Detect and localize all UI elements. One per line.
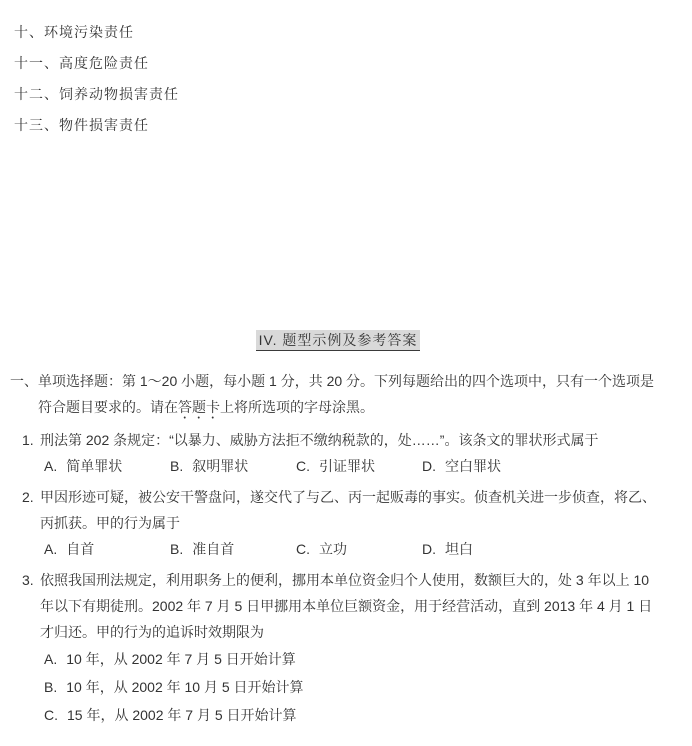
- option-label: A.: [44, 645, 57, 673]
- outline-item: 十二、饲养动物损害责任: [14, 86, 666, 102]
- option-a: A.自首: [44, 536, 170, 562]
- section-break-whitespace: [10, 148, 666, 330]
- instructions-text: 单项选择题：第 1～20 小题，每小题 1 分，共 20 分。下列每题给出的四个…: [38, 368, 666, 422]
- instructions-emphasized: 答题卡: [178, 399, 220, 415]
- option-text: 15 年，从 2002 年 7 月 5 日开始计算: [67, 707, 297, 723]
- option-label: B.: [44, 673, 57, 701]
- question-body: 依照我国刑法规定，利用职务上的便利，挪用本单位资金归个人使用，数额巨大的，处 3…: [40, 567, 666, 729]
- question-number: 3.: [22, 567, 40, 729]
- option-b: B.叙明罪状: [170, 453, 296, 479]
- option-text: 立功: [319, 541, 347, 557]
- option-text: 准自首: [192, 541, 234, 557]
- option-text: 空白罪状: [445, 458, 501, 474]
- outline-item: 十、环境污染责任: [14, 24, 666, 40]
- option-c: C.引证罪状: [296, 453, 422, 479]
- question-body: 刑法第 202 条规定：“以暴力、威胁方法拒不缴纳税款的，处……”。该条文的罪状…: [40, 427, 666, 479]
- option-text: 坦白: [445, 541, 473, 557]
- option-label: D.: [422, 453, 436, 479]
- question-text: 甲因形迹可疑，被公安干警盘问，遂交代了与乙、丙一起贩毒的事实。侦查机关进一步侦查…: [40, 484, 666, 536]
- question-number: 2.: [22, 484, 40, 562]
- option-b: B.10 年，从 2002 年 10 月 5 日开始计算: [44, 673, 666, 701]
- options-row: A.简单罪状B.叙明罪状C.引证罪状D.空白罪状: [44, 453, 666, 479]
- section-heading: IV. 题型示例及参考答案: [256, 330, 421, 351]
- option-label: D.: [422, 536, 436, 562]
- document-page: 十、环境污染责任 十一、高度危险责任 十二、饲养动物损害责任 十三、物件损害责任…: [0, 0, 692, 746]
- question-1: 1. 刑法第 202 条规定：“以暴力、威胁方法拒不缴纳税款的，处……”。该条文…: [22, 427, 666, 479]
- outline-list: 十、环境污染责任 十一、高度危险责任 十二、饲养动物损害责任 十三、物件损害责任: [10, 24, 666, 133]
- outline-item: 十三、物件损害责任: [14, 117, 666, 133]
- option-b: B.准自首: [170, 536, 296, 562]
- options-row: A.自首B.准自首C.立功D.坦白: [44, 536, 666, 562]
- option-text: 10 年，从 2002 年 10 月 5 日开始计算: [66, 679, 303, 695]
- question-3: 3. 依照我国刑法规定，利用职务上的便利，挪用本单位资金归个人使用，数额巨大的，…: [22, 567, 666, 729]
- option-label: A.: [44, 536, 57, 562]
- option-text: 自首: [66, 541, 94, 557]
- option-label: C.: [44, 701, 58, 729]
- options-list: A.10 年，从 2002 年 7 月 5 日开始计算 B.10 年，从 200…: [44, 645, 666, 729]
- question-text: 刑法第 202 条规定：“以暴力、威胁方法拒不缴纳税款的，处……”。该条文的罪状…: [40, 427, 666, 453]
- question-2: 2. 甲因形迹可疑，被公安干警盘问，遂交代了与乙、丙一起贩毒的事实。侦查机关进一…: [22, 484, 666, 562]
- option-text: 10 年，从 2002 年 7 月 5 日开始计算: [66, 651, 296, 667]
- option-label: C.: [296, 453, 310, 479]
- option-d: D.空白罪状: [422, 453, 501, 479]
- option-label: C.: [296, 536, 310, 562]
- question-text: 依照我国刑法规定，利用职务上的便利，挪用本单位资金归个人使用，数额巨大的，处 3…: [40, 567, 666, 645]
- instructions-paragraph: 一、 单项选择题：第 1～20 小题，每小题 1 分，共 20 分。下列每题给出…: [10, 368, 666, 422]
- question-number: 1.: [22, 427, 40, 479]
- instructions-list-marker: 一、: [10, 368, 38, 422]
- instructions-suffix: 上将所选项的字母涂黑。: [220, 399, 374, 415]
- question-body: 甲因形迹可疑，被公安干警盘问，遂交代了与乙、丙一起贩毒的事实。侦查机关进一步侦查…: [40, 484, 666, 562]
- option-c: C.立功: [296, 536, 422, 562]
- option-text: 简单罪状: [66, 458, 122, 474]
- section-heading-row: IV. 题型示例及参考答案: [10, 330, 666, 351]
- option-label: B.: [170, 453, 183, 479]
- option-label: A.: [44, 453, 57, 479]
- outline-item: 十一、高度危险责任: [14, 55, 666, 71]
- option-label: B.: [170, 536, 183, 562]
- option-text: 叙明罪状: [192, 458, 248, 474]
- option-text: 引证罪状: [319, 458, 375, 474]
- option-a: A.10 年，从 2002 年 7 月 5 日开始计算: [44, 645, 666, 673]
- option-d: D.坦白: [422, 536, 473, 562]
- option-a: A.简单罪状: [44, 453, 170, 479]
- option-c: C.15 年，从 2002 年 7 月 5 日开始计算: [44, 701, 666, 729]
